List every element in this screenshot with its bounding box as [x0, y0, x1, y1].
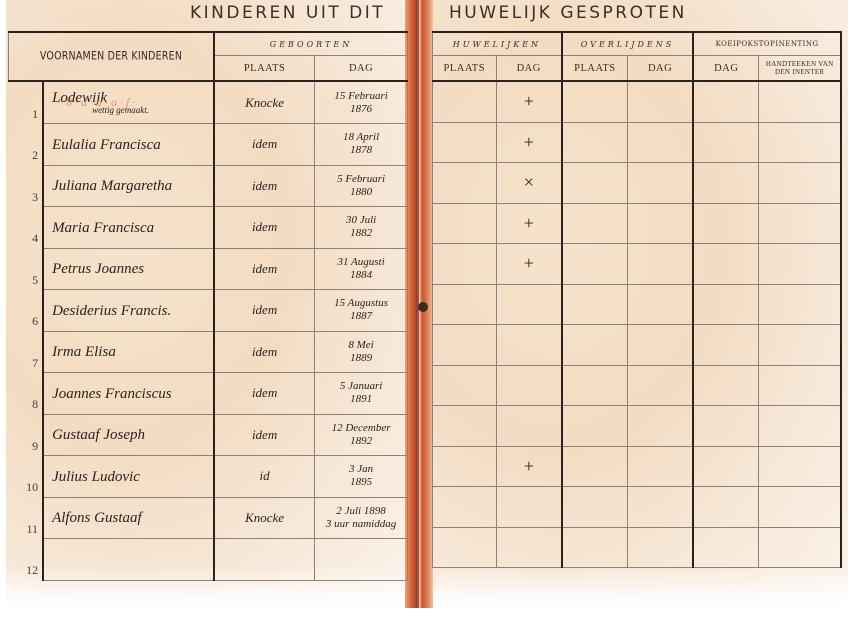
marriage-place	[433, 244, 497, 285]
binding-stitch	[418, 302, 428, 312]
child-name-cell: Alfons Gustaaf	[43, 497, 214, 539]
death-date	[628, 406, 694, 447]
birth-date-cell: 8 Mei1889	[315, 331, 408, 373]
row-number: 2	[9, 124, 44, 166]
marriages-group-header: HUWELIJKEN	[433, 32, 562, 56]
table-row: +	[433, 122, 842, 163]
death-date	[628, 365, 694, 406]
vaccinator-signature	[759, 325, 841, 366]
banner-right: HUWELIJK GESPROTEN	[449, 3, 687, 23]
death-place	[562, 284, 628, 325]
marriage-date-mark	[496, 365, 562, 406]
vaccinator-signature	[759, 487, 841, 528]
marriage-place	[433, 284, 497, 325]
death-date	[628, 284, 694, 325]
birth-date-cell: 30 Juli1882	[315, 207, 408, 249]
child-name-cell: Gustaaf Joseph	[43, 414, 214, 456]
death-place	[562, 487, 628, 528]
marriage-date-mark	[496, 487, 562, 528]
birth-place-header: PLAATS	[214, 56, 315, 82]
death-date	[628, 244, 694, 285]
vaccination-date	[693, 487, 759, 528]
birth-place: idem	[214, 290, 315, 332]
marriage-date-mark	[496, 325, 562, 366]
birth-place: idem	[214, 165, 315, 207]
row-number: 4	[9, 207, 44, 249]
table-row: +	[433, 81, 842, 122]
marriage-place	[433, 122, 497, 163]
child-name: Petrus Joannes	[52, 261, 144, 277]
row-number: 11	[9, 497, 44, 539]
birth-date-day: 8 Mei	[315, 339, 407, 352]
row-number: 5	[9, 248, 44, 290]
birth-place: idem	[214, 373, 315, 415]
birth-date-day: 30 Juli	[315, 214, 407, 227]
marriage-date-mark: +	[496, 446, 562, 487]
death-place	[562, 325, 628, 366]
table-row: 5Petrus Joannesidem31 Augusti1884	[9, 248, 408, 290]
table-row: +	[433, 446, 842, 487]
row-number: 1	[9, 81, 44, 124]
birth-date-day: 18 April	[315, 131, 407, 144]
birth-date-year: 1889	[315, 352, 407, 365]
birth-place: Knocke	[214, 81, 315, 124]
birth-place: idem	[214, 124, 315, 166]
birth-date-cell	[315, 539, 408, 581]
child-name: Irma Elisa	[52, 344, 116, 360]
table-row	[433, 284, 842, 325]
marriage-place	[433, 325, 497, 366]
birth-place: idem	[214, 248, 315, 290]
vaccination-date	[693, 446, 759, 487]
death-date	[628, 446, 694, 487]
vaccination-date	[693, 527, 759, 568]
birth-date-day: 3 Jan	[315, 463, 407, 476]
child-name: Eulalia Francisca	[52, 137, 161, 153]
table-row: 3Juliana Margarethaidem5 Februari1880	[9, 165, 408, 207]
child-name-cell: Eulalia Francisca	[43, 124, 214, 166]
vaccinator-signature	[759, 122, 841, 163]
child-name: Alfons Gustaaf	[52, 510, 142, 526]
death-date	[628, 203, 694, 244]
table-row: +	[433, 244, 842, 285]
marriage-place	[433, 527, 497, 568]
child-name-cell	[43, 539, 214, 581]
vaccinator-signature	[759, 284, 841, 325]
marriage-date-mark: +	[496, 122, 562, 163]
birth-date-year: 1878	[315, 144, 407, 157]
vaccinator-signature-header: HANDTEEKEN VAN DEN INENTER	[759, 56, 841, 82]
child-name: Desiderius Francis.	[52, 303, 171, 319]
births-group-header: GEBOORTEN	[214, 32, 407, 56]
table-row: 8Joannes Franciscusidem5 Januari1891	[9, 373, 408, 415]
birth-date-day: 15 Februari	[315, 90, 407, 103]
death-place	[562, 122, 628, 163]
vaccinator-signature	[759, 446, 841, 487]
events-table: HUWELIJKEN OVERLIJDENS KOEIPOKSTOPINENTI…	[432, 31, 842, 568]
marriage-place	[433, 446, 497, 487]
marriage-place	[433, 487, 497, 528]
birth-date-cell: 3 Jan1895	[315, 456, 408, 498]
birth-place: idem	[214, 414, 315, 456]
row-number: 10	[9, 456, 44, 498]
child-name: Gustaaf Joseph	[52, 427, 145, 443]
birth-date-year: 1876	[315, 103, 407, 116]
death-place	[562, 527, 628, 568]
vaccinator-signature	[759, 81, 841, 122]
table-row: 12	[9, 539, 408, 581]
table-row	[433, 365, 842, 406]
births-table: VOORNAMEN DER KINDEREN GEBOORTEN PLAATS …	[8, 31, 408, 581]
vaccination-group-header: KOEIPOKSTOPINENTING	[693, 32, 841, 56]
vaccinator-signature	[759, 406, 841, 447]
red-stamp-mark: ·8·d·a·o·ʃ·	[60, 95, 138, 110]
marriage-date-mark: ×	[496, 163, 562, 204]
death-place	[562, 406, 628, 447]
death-place	[562, 365, 628, 406]
birth-date-year: 1882	[315, 227, 407, 240]
marriage-date-mark	[496, 284, 562, 325]
birth-place: id	[214, 456, 315, 498]
birth-place	[214, 539, 315, 581]
birth-place: Knocke	[214, 497, 315, 539]
death-date	[628, 81, 694, 122]
marriage-date-mark: +	[496, 81, 562, 122]
table-row: 11Alfons GustaafKnocke2 Juli 18983 uur n…	[9, 497, 408, 539]
birth-date-year: 1892	[315, 435, 407, 448]
table-row	[433, 325, 842, 366]
birth-date-year: 1895	[315, 476, 407, 489]
child-name-cell: Joannes Franciscus	[43, 373, 214, 415]
birth-date-cell: 31 Augusti1884	[315, 248, 408, 290]
marriage-date-mark	[496, 527, 562, 568]
vaccination-date-header: DAG	[693, 56, 759, 82]
death-date	[628, 325, 694, 366]
birth-place: idem	[214, 207, 315, 249]
row-number: 7	[9, 331, 44, 373]
child-name-cell: Petrus Joannes	[43, 248, 214, 290]
table-row	[433, 487, 842, 528]
birth-date-year: 1880	[315, 186, 407, 199]
table-row: +	[433, 203, 842, 244]
vaccination-date	[693, 163, 759, 204]
death-date-header: DAG	[628, 56, 694, 82]
death-date	[628, 527, 694, 568]
marriage-place	[433, 406, 497, 447]
marriage-place	[433, 203, 497, 244]
death-date	[628, 487, 694, 528]
vaccinator-signature	[759, 203, 841, 244]
child-name: Maria Francisca	[52, 220, 154, 236]
birth-date-cell: 5 Januari1891	[315, 373, 408, 415]
deaths-group-header: OVERLIJDENS	[562, 32, 693, 56]
table-row: 2Eulalia Franciscaidem18 April1878	[9, 124, 408, 166]
death-date	[628, 163, 694, 204]
birth-date-year: 3 uur namiddag	[315, 518, 407, 531]
death-place	[562, 446, 628, 487]
death-place	[562, 244, 628, 285]
table-row: 9Gustaaf Josephidem12 December1892	[9, 414, 408, 456]
birth-date-cell: 12 December1892	[315, 414, 408, 456]
marriage-date-mark	[496, 406, 562, 447]
row-number: 9	[9, 414, 44, 456]
death-place	[562, 203, 628, 244]
birth-date-year: 1887	[315, 310, 407, 323]
table-row: 10Julius Ludovicid3 Jan1895	[9, 456, 408, 498]
child-name: Julius Ludovic	[52, 469, 140, 485]
marriage-date-mark: +	[496, 203, 562, 244]
birth-date-year: 1891	[315, 393, 407, 406]
death-place-header: PLAATS	[562, 56, 628, 82]
child-name-cell: Desiderius Francis.	[43, 290, 214, 332]
vaccinator-signature	[759, 163, 841, 204]
marriage-place	[433, 365, 497, 406]
marriage-date-header: DAG	[496, 56, 562, 82]
birth-date-day: 5 Februari	[315, 173, 407, 186]
vaccination-date	[693, 244, 759, 285]
birth-date-day: 31 Augusti	[315, 256, 407, 269]
birth-date-year: 1884	[315, 269, 407, 282]
child-name: Juliana Margaretha	[52, 178, 172, 194]
row-number: 12	[9, 539, 44, 581]
birth-date-cell: 2 Juli 18983 uur namiddag	[315, 497, 408, 539]
table-row: 6Desiderius Francis.idem15 Augustus1887	[9, 290, 408, 332]
marriage-date-mark: +	[496, 244, 562, 285]
birth-date-day: 15 Augustus	[315, 297, 407, 310]
banner-left: KINDEREN UIT DIT	[190, 3, 385, 23]
birth-date-cell: 15 Augustus1887	[315, 290, 408, 332]
row-number: 8	[9, 373, 44, 415]
child-name-cell: Maria Francisca	[43, 207, 214, 249]
table-row: ×	[433, 163, 842, 204]
child-name-cell: Irma Elisa	[43, 331, 214, 373]
marriage-place-header: PLAATS	[433, 56, 497, 82]
marriage-place	[433, 81, 497, 122]
child-name: Joannes Franciscus	[52, 386, 172, 402]
death-place	[562, 81, 628, 122]
birth-date-cell: 5 Februari1880	[315, 165, 408, 207]
marriage-place	[433, 163, 497, 204]
table-row: 4Maria Franciscaidem30 Juli1882	[9, 207, 408, 249]
birth-date-day: 5 Januari	[315, 380, 407, 393]
vaccination-date	[693, 122, 759, 163]
vaccinator-signature	[759, 365, 841, 406]
child-name-cell: Julius Ludovic	[43, 456, 214, 498]
death-place	[562, 163, 628, 204]
row-number: 3	[9, 165, 44, 207]
vaccination-date	[693, 325, 759, 366]
vaccinator-signature	[759, 527, 841, 568]
child-name-cell: Juliana Margaretha	[43, 165, 214, 207]
birth-date-day: 2 Juli 1898	[315, 505, 407, 518]
row-number: 6	[9, 290, 44, 332]
vaccination-date	[693, 406, 759, 447]
table-row: 7Irma Elisaidem8 Mei1889	[9, 331, 408, 373]
birth-date-cell: 18 April1878	[315, 124, 408, 166]
birth-date-day: 12 December	[315, 422, 407, 435]
birth-date-header: DAG	[315, 56, 408, 82]
table-row	[433, 406, 842, 447]
birth-place: idem	[214, 331, 315, 373]
vaccination-date	[693, 81, 759, 122]
birth-date-cell: 15 Februari1876	[315, 81, 408, 124]
vaccination-date	[693, 203, 759, 244]
names-header: VOORNAMEN DER KINDEREN	[9, 27, 215, 86]
vaccination-date	[693, 365, 759, 406]
vaccinator-signature	[759, 244, 841, 285]
table-row	[433, 527, 842, 568]
vaccination-date	[693, 284, 759, 325]
death-date	[628, 122, 694, 163]
